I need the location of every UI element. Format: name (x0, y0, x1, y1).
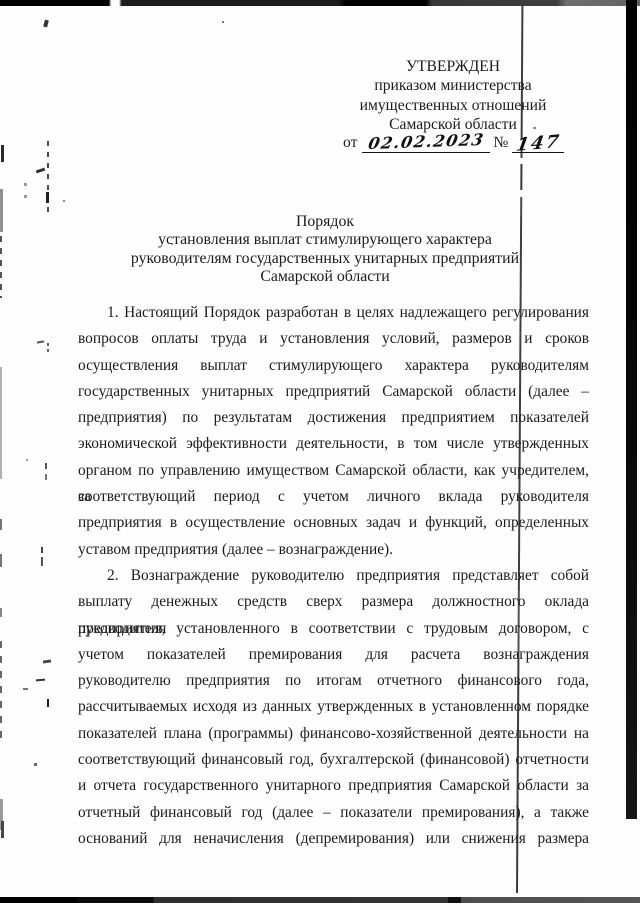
scan-speck (41, 557, 43, 566)
date-underline: 02.02.2023 (362, 131, 490, 153)
order-date-number-line: от 02.02.2023 № 147 (343, 131, 564, 153)
scan-speck (23, 688, 28, 690)
right-scan-edge (626, 0, 637, 819)
scan-speck (45, 474, 47, 480)
scan-speck (0, 554, 2, 567)
number-underline: 147 (512, 131, 564, 153)
handwritten-date: 02.02.2023 (366, 130, 486, 154)
scan-speck (36, 679, 45, 682)
text-line: отчетный финансовый год (далее – показат… (78, 800, 589, 826)
title-line: руководителям государственных унитарных … (60, 250, 590, 268)
text-line: предприятия) по результатам достижения п… (78, 405, 589, 431)
scan-speck (26, 459, 28, 461)
approval-status: УТВЕРЖДЕН (328, 57, 578, 76)
scan-speck (47, 699, 49, 707)
scan-speck (41, 547, 43, 553)
scan-speck (63, 200, 65, 202)
text-line: 1. Настоящий Порядок разработан в целях … (78, 300, 589, 326)
scan-speck (34, 763, 37, 766)
text-line: показателей плана (программы) финансово-… (78, 721, 589, 747)
text-line: соответствующий финансовый год, бухгалте… (78, 747, 589, 773)
scan-speck (222, 21, 224, 23)
text-line: рассчитываемых исходя из данных утвержде… (78, 694, 589, 720)
scan-speck (43, 20, 49, 28)
approval-stamp-block: УТВЕРЖДЕН приказом министерства имуществ… (328, 57, 578, 134)
scan-speck (0, 189, 3, 232)
text-line: оснований для неначисления (депремирован… (78, 826, 589, 852)
text-line: вопросов оплаты труда и установления усл… (78, 326, 589, 352)
scan-speck (36, 168, 45, 174)
from-label: от (343, 133, 357, 153)
text-line: соответствующий период с учетом личного … (78, 484, 589, 510)
title-line: Порядок (60, 213, 590, 231)
scanned-document-page: УТВЕРЖДЕН приказом министерства имуществ… (0, 0, 640, 905)
document-title: Порядок установления выплат стимулирующе… (60, 213, 590, 287)
text-line: выплату денежных средств сверх размера д… (78, 589, 589, 615)
top-scan-edge (0, 0, 640, 6)
paragraph-1: 1. Настоящий Порядок разработан в целях … (78, 300, 589, 563)
handwritten-number: 147 (514, 132, 562, 156)
number-sign: № (493, 133, 508, 153)
text-line: 2. Вознаграждение руководителю предприят… (78, 563, 589, 589)
scan-speck (24, 183, 27, 186)
text-line: предприятия в осуществление основных зад… (78, 510, 589, 536)
text-line: и отчета государственного унитарного пре… (78, 773, 589, 799)
scan-speck (0, 236, 2, 298)
text-line: органом по управлению имуществом Самарск… (78, 458, 589, 484)
title-line: Самарской области (60, 268, 590, 286)
scan-speck (1, 821, 4, 838)
scan-speck (0, 367, 2, 479)
scan-speck (37, 340, 44, 343)
approval-line: приказом министерства (328, 76, 578, 95)
scan-speck (1, 145, 4, 162)
scan-speck (47, 343, 49, 354)
scan-speck (0, 519, 2, 530)
scan-speck (24, 195, 27, 198)
scan-speck (46, 192, 49, 203)
approval-line: имущественных отношений (328, 96, 578, 115)
scan-speck (43, 659, 51, 663)
text-line: предприятия, установленного в соответств… (78, 616, 589, 642)
title-line: установления выплат стимулирующего харак… (60, 231, 590, 249)
bottom-scan-edge (0, 897, 640, 903)
text-line: экономической эффективности деятельности… (78, 431, 589, 457)
scan-speck (45, 463, 47, 469)
text-line: государственных унитарных предприятий Са… (78, 379, 589, 405)
scan-speck (0, 641, 2, 746)
text-line: осуществления выплат стимулирующего хара… (78, 353, 589, 379)
text-line: учетом показателей премирования для расч… (78, 642, 589, 668)
text-line: руководителю предприятия по итогам отчет… (78, 668, 589, 694)
paragraph-2: 2. Вознаграждение руководителю предприят… (78, 563, 589, 852)
text-line: уставом предприятия (далее – вознагражде… (78, 537, 589, 563)
scan-speck (0, 608, 2, 617)
document-body: 1. Настоящий Порядок разработан в целях … (78, 300, 589, 852)
